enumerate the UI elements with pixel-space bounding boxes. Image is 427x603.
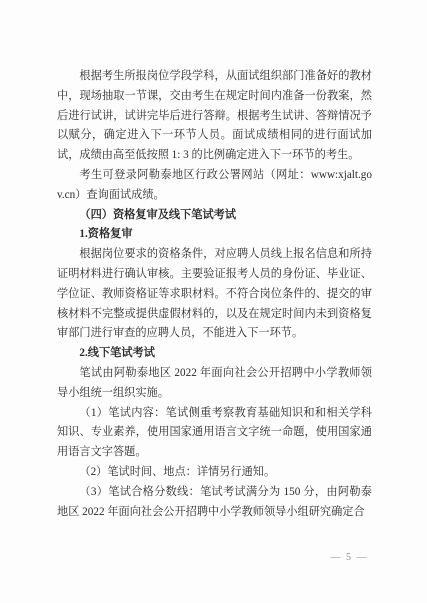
paragraph-qualification-review: 根据岗位要求的资格条件，对应聘人员线上报名信息和所持证明材料进行确认审核。主要验… [57,245,372,344]
paragraph-exam-content: （1）笔试内容：笔试侧重考察教育基础知识和和相关学科知识、专业素养，使用国家通用… [57,404,372,463]
paragraph-interview-procedure: 根据考生所报岗位学段学科，从面试组织部门准备好的教材中，现场抽取一节课，交由考生… [57,67,372,166]
page-number: — 5 — [331,552,369,563]
heading-qualification-review: 1.资格复审 [57,225,372,245]
document-body: 根据考生所报岗位学段学科，从面试组织部门准备好的教材中，现场抽取一节课，交由考生… [57,67,372,522]
heading-section-four: （四）资格复审及线下笔试考试 [57,206,372,226]
document-page: 根据考生所报岗位学段学科，从面试组织部门准备好的教材中，现场抽取一节课，交由考生… [0,0,427,603]
heading-offline-written-exam: 2.线下笔试考试 [57,344,372,364]
paragraph-exam-pass-line: （3）笔试合格分数线：笔试考试满分为 150 分，由阿勒泰地区 2022 年面向… [57,483,372,523]
paragraph-exam-time-location: （2）笔试时间、地点：详情另行通知。 [57,463,372,483]
paragraph-score-query-website: 考生可登录阿勒泰地区行政公署网站（网址：www:xjalt.gov.cn）查询面… [57,166,372,206]
paragraph-exam-organizer: 笔试由阿勒泰地区 2022 年面向社会公开招聘中小学教师领导小组统一组织实施。 [57,364,372,404]
